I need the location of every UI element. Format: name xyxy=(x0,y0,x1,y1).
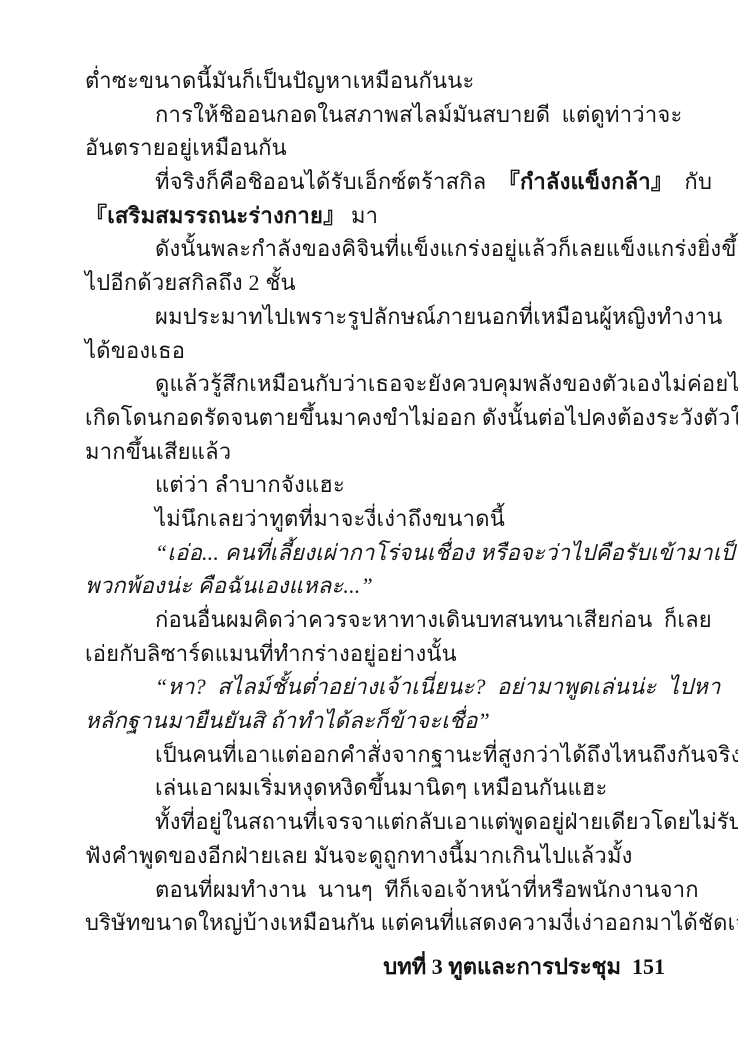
text-line: เอ่ยกับลิซาร์ดแมนที่ทำกร่างอยู่อย่างนั้น xyxy=(85,637,665,671)
chapter-footer: บทที่ 3 ทูตและการประชุม 151 xyxy=(85,950,665,984)
text-line: การให้ชิออนกอดในสภาพสไลม์มันสบายดี แต่ดู… xyxy=(85,98,665,132)
text-segment: มา xyxy=(345,203,378,228)
text-line: เป็นคนที่เอาแต่ออกคำสั่งจากฐานะที่สูงกว่… xyxy=(85,738,665,772)
text-segment: พวกพ้องน่ะ คือฉันเองแหละ...” xyxy=(85,573,373,598)
text-line: ผมประมาทไปเพราะรูปลักษณ์ภายนอกที่เหมือนผ… xyxy=(85,300,665,334)
text-line: เกิดโดนกอดรัดจนตายขึ้นมาคงขำไม่ออก ดังนั… xyxy=(85,401,665,435)
text-segment: “เอ่อ... คนที่เลี้ยงเผ่ากาโร่จนเชื่อง หร… xyxy=(155,540,738,565)
text-segment: เอ่ยกับลิซาร์ดแมนที่ทำกร่างอยู่อย่างนั้น xyxy=(85,641,457,666)
text-line: ทั้งที่อยู่ในสถานที่เจรจาแต่กลับเอาแต่พู… xyxy=(85,805,665,839)
text-line: ดังนั้นพละกำลังของคิจินที่แข็งแกร่งอยู่แ… xyxy=(85,232,665,266)
text-segment: ทั้งที่อยู่ในสถานที่เจรจาแต่กลับเอาแต่พู… xyxy=(155,809,738,834)
text-line: ก่อนอื่นผมคิดว่าควรจะหาทางเดินบทสนทนาเสี… xyxy=(85,603,665,637)
text-segment: แต่ว่า ลำบากจังแฮะ xyxy=(155,472,345,497)
text-segment: การให้ชิออนกอดในสภาพสไลม์มันสบายดี แต่ดู… xyxy=(155,102,682,127)
text-segment: หลักฐานมายืนยันสิ ถ้าทำได้ละก็ข้าจะเชื่อ… xyxy=(85,708,490,733)
text-line: ฟังคำพูดของอีกฝ่ายเลย มันจะดูถูกทางนี้มา… xyxy=(85,839,665,873)
skill-name-bold: 『เสริมสมรรถนะร่างกาย』 xyxy=(85,203,345,228)
text-line: ไม่นึกเลยว่าทูตที่มาจะงี่เง่าถึงขนาดนี้ xyxy=(85,502,665,536)
text-segment: ไปอีกด้วยสกิลถึง 2 ชั้น xyxy=(85,270,296,295)
text-line: ดูแล้วรู้สึกเหมือนกับว่าเธอจะยังควบคุมพล… xyxy=(85,367,665,401)
page-body: ต่ำซะขนาดนี้มันก็เป็นปัญหาเหมือนกันนะการ… xyxy=(85,64,665,940)
text-line: แต่ว่า ลำบากจังแฮะ xyxy=(85,468,665,502)
text-segment: ได้ของเธอ xyxy=(85,338,185,363)
text-segment: ดังนั้นพละกำลังของคิจินที่แข็งแกร่งอยู่แ… xyxy=(155,236,738,261)
text-line: ต่ำซะขนาดนี้มันก็เป็นปัญหาเหมือนกันนะ xyxy=(85,64,665,98)
text-line: มากขึ้นเสียแล้ว xyxy=(85,435,665,469)
text-segment: ไม่นึกเลยว่าทูตที่มาจะงี่เง่าถึงขนาดนี้ xyxy=(155,506,505,531)
text-line: พวกพ้องน่ะ คือฉันเองแหละ...” xyxy=(85,569,665,603)
text-line: “เอ่อ... คนที่เลี้ยงเผ่ากาโร่จนเชื่อง หร… xyxy=(85,536,665,570)
text-segment: ที่จริงก็คือชิออนได้รับเอ็กซ์ตร้าสกิล xyxy=(155,169,498,194)
text-line: “หา? สไลม์ชั้นต่ำอย่างเจ้าเนี่ยนะ? อย่าม… xyxy=(85,670,665,704)
text-segment: ตอนที่ผมทำงาน นานๆ ทีก็เจอเจ้าหน้าที่หรื… xyxy=(155,877,699,902)
text-segment: ต่ำซะขนาดนี้มันก็เป็นปัญหาเหมือนกันนะ xyxy=(85,68,475,93)
text-line: ที่จริงก็คือชิออนได้รับเอ็กซ์ตร้าสกิล 『ก… xyxy=(85,165,665,199)
text-line: ไปอีกด้วยสกิลถึง 2 ชั้น xyxy=(85,266,665,300)
text-line: 『เสริมสมรรถนะร่างกาย』 มา xyxy=(85,199,665,233)
text-line: บริษัทขนาดใหญ่บ้างเหมือนกัน แต่คนที่แสดง… xyxy=(85,906,665,940)
text-segment: ก่อนอื่นผมคิดว่าควรจะหาทางเดินบทสนทนาเสี… xyxy=(155,607,712,632)
text-segment: กับ xyxy=(673,169,712,194)
text-segment: อันตรายอยู่เหมือนกัน xyxy=(85,135,287,160)
text-line: เล่นเอาผมเริ่มหงุดหงิดขึ้นมานิดๆ เหมือนก… xyxy=(85,771,665,805)
text-line: อันตรายอยู่เหมือนกัน xyxy=(85,131,665,165)
text-segment: ดูแล้วรู้สึกเหมือนกับว่าเธอจะยังควบคุมพล… xyxy=(155,371,738,396)
text-segment: เล่นเอาผมเริ่มหงุดหงิดขึ้นมานิดๆ เหมือนก… xyxy=(155,775,608,800)
skill-name-bold: 『กำลังแข็งกล้า』 xyxy=(498,169,673,194)
text-line: ได้ของเธอ xyxy=(85,334,665,368)
text-segment: ฟังคำพูดของอีกฝ่ายเลย มันจะดูถูกทางนี้มา… xyxy=(85,843,633,868)
text-segment: ผมประมาทไปเพราะรูปลักษณ์ภายนอกที่เหมือนผ… xyxy=(155,304,723,329)
text-line: หลักฐานมายืนยันสิ ถ้าทำได้ละก็ข้าจะเชื่อ… xyxy=(85,704,665,738)
text-line: ตอนที่ผมทำงาน นานๆ ทีก็เจอเจ้าหน้าที่หรื… xyxy=(85,873,665,907)
text-segment: เป็นคนที่เอาแต่ออกคำสั่งจากฐานะที่สูงกว่… xyxy=(155,742,738,767)
text-segment: บริษัทขนาดใหญ่บ้างเหมือนกัน แต่คนที่แสดง… xyxy=(85,910,738,935)
book-page: ต่ำซะขนาดนี้มันก็เป็นปัญหาเหมือนกันนะการ… xyxy=(0,0,738,1051)
text-segment: เกิดโดนกอดรัดจนตายขึ้นมาคงขำไม่ออก ดังนั… xyxy=(85,405,738,430)
text-segment: มากขึ้นเสียแล้ว xyxy=(85,439,231,464)
text-segment: “หา? สไลม์ชั้นต่ำอย่างเจ้าเนี่ยนะ? อย่าม… xyxy=(155,674,721,699)
